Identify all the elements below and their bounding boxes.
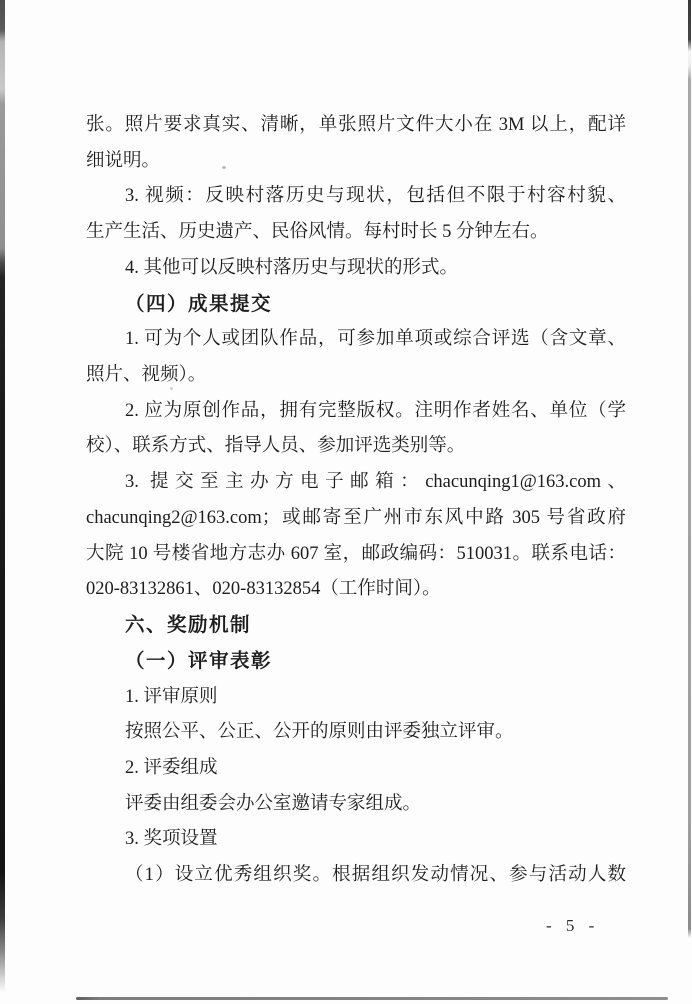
heading-1-review-commendation: （一）评审表彰 [86,644,626,680]
text-line: 评委由组委会办公室邀请专家组成。 [86,787,626,823]
text-line: 2. 评委组成 [86,751,626,787]
text-line: 按照公平、公正、公开的原则由评委独立评审。 [86,715,626,751]
text-line: 张。照片要求真实、清晰，单张照片文件大小在 3M 以上，配详 [86,108,626,144]
text-line: 生产生活、历史遗产、民俗风情。每村时长 5 分钟左右。 [86,215,626,251]
text-line: 照片、视频）。 [86,358,626,394]
text-line: 细说明。 [86,144,626,180]
text-line: 3. 奖项设置 [86,822,626,858]
document-body: 张。照片要求真实、清晰，单张照片文件大小在 3M 以上，配详 细说明。 3. 视… [86,108,626,894]
page-number: - 5 - [546,916,599,936]
text-line: 2. 应为原创作品，拥有完整版权。注明作者姓名、单位（学 [86,394,626,430]
scan-edge-right-artifact [688,0,691,938]
text-line: （1）设立优秀组织奖。根据组织发动情况、参与活动人数 [86,858,626,894]
document-page: 张。照片要求真实、清晰，单张照片文件大小在 3M 以上，配详 细说明。 3. 视… [0,0,692,1004]
scan-edge-bottom-artifact [76,997,668,1000]
text-line: 3. 视频：反映村落历史与现状，包括但不限于村容村貌、 [86,179,626,215]
text-line-phone-numbers: 020-83132861、020-83132854（工作时间）。 [86,572,626,608]
heading-6-reward-mechanism: 六、奖励机制 [86,608,626,644]
text-line-postal-contact: 大院 10 号楼省地方志办 607 室，邮政编码：510031。联系电话： [86,537,626,573]
heading-section-4-results-submission: （四）成果提交 [86,287,626,323]
text-line: 1. 可为个人或团队作品，可参加单项或综合评选（含文章、 [86,322,626,358]
scan-edge-left-artifact [0,0,5,992]
text-line: 1. 评审原则 [86,680,626,716]
text-line-submit-email: 3. 提交至主办方电子邮箱：chacunqing1@163.com、 [86,465,626,501]
text-line-mailing-address: chacunqing2@163.com；或邮寄至广州市东风中路 305 号省政府 [86,501,626,537]
text-line: 4. 其他可以反映村落历史与现状的形式。 [86,251,626,287]
text-line: 校）、联系方式、指导人员、参加评选类别等。 [86,429,626,465]
